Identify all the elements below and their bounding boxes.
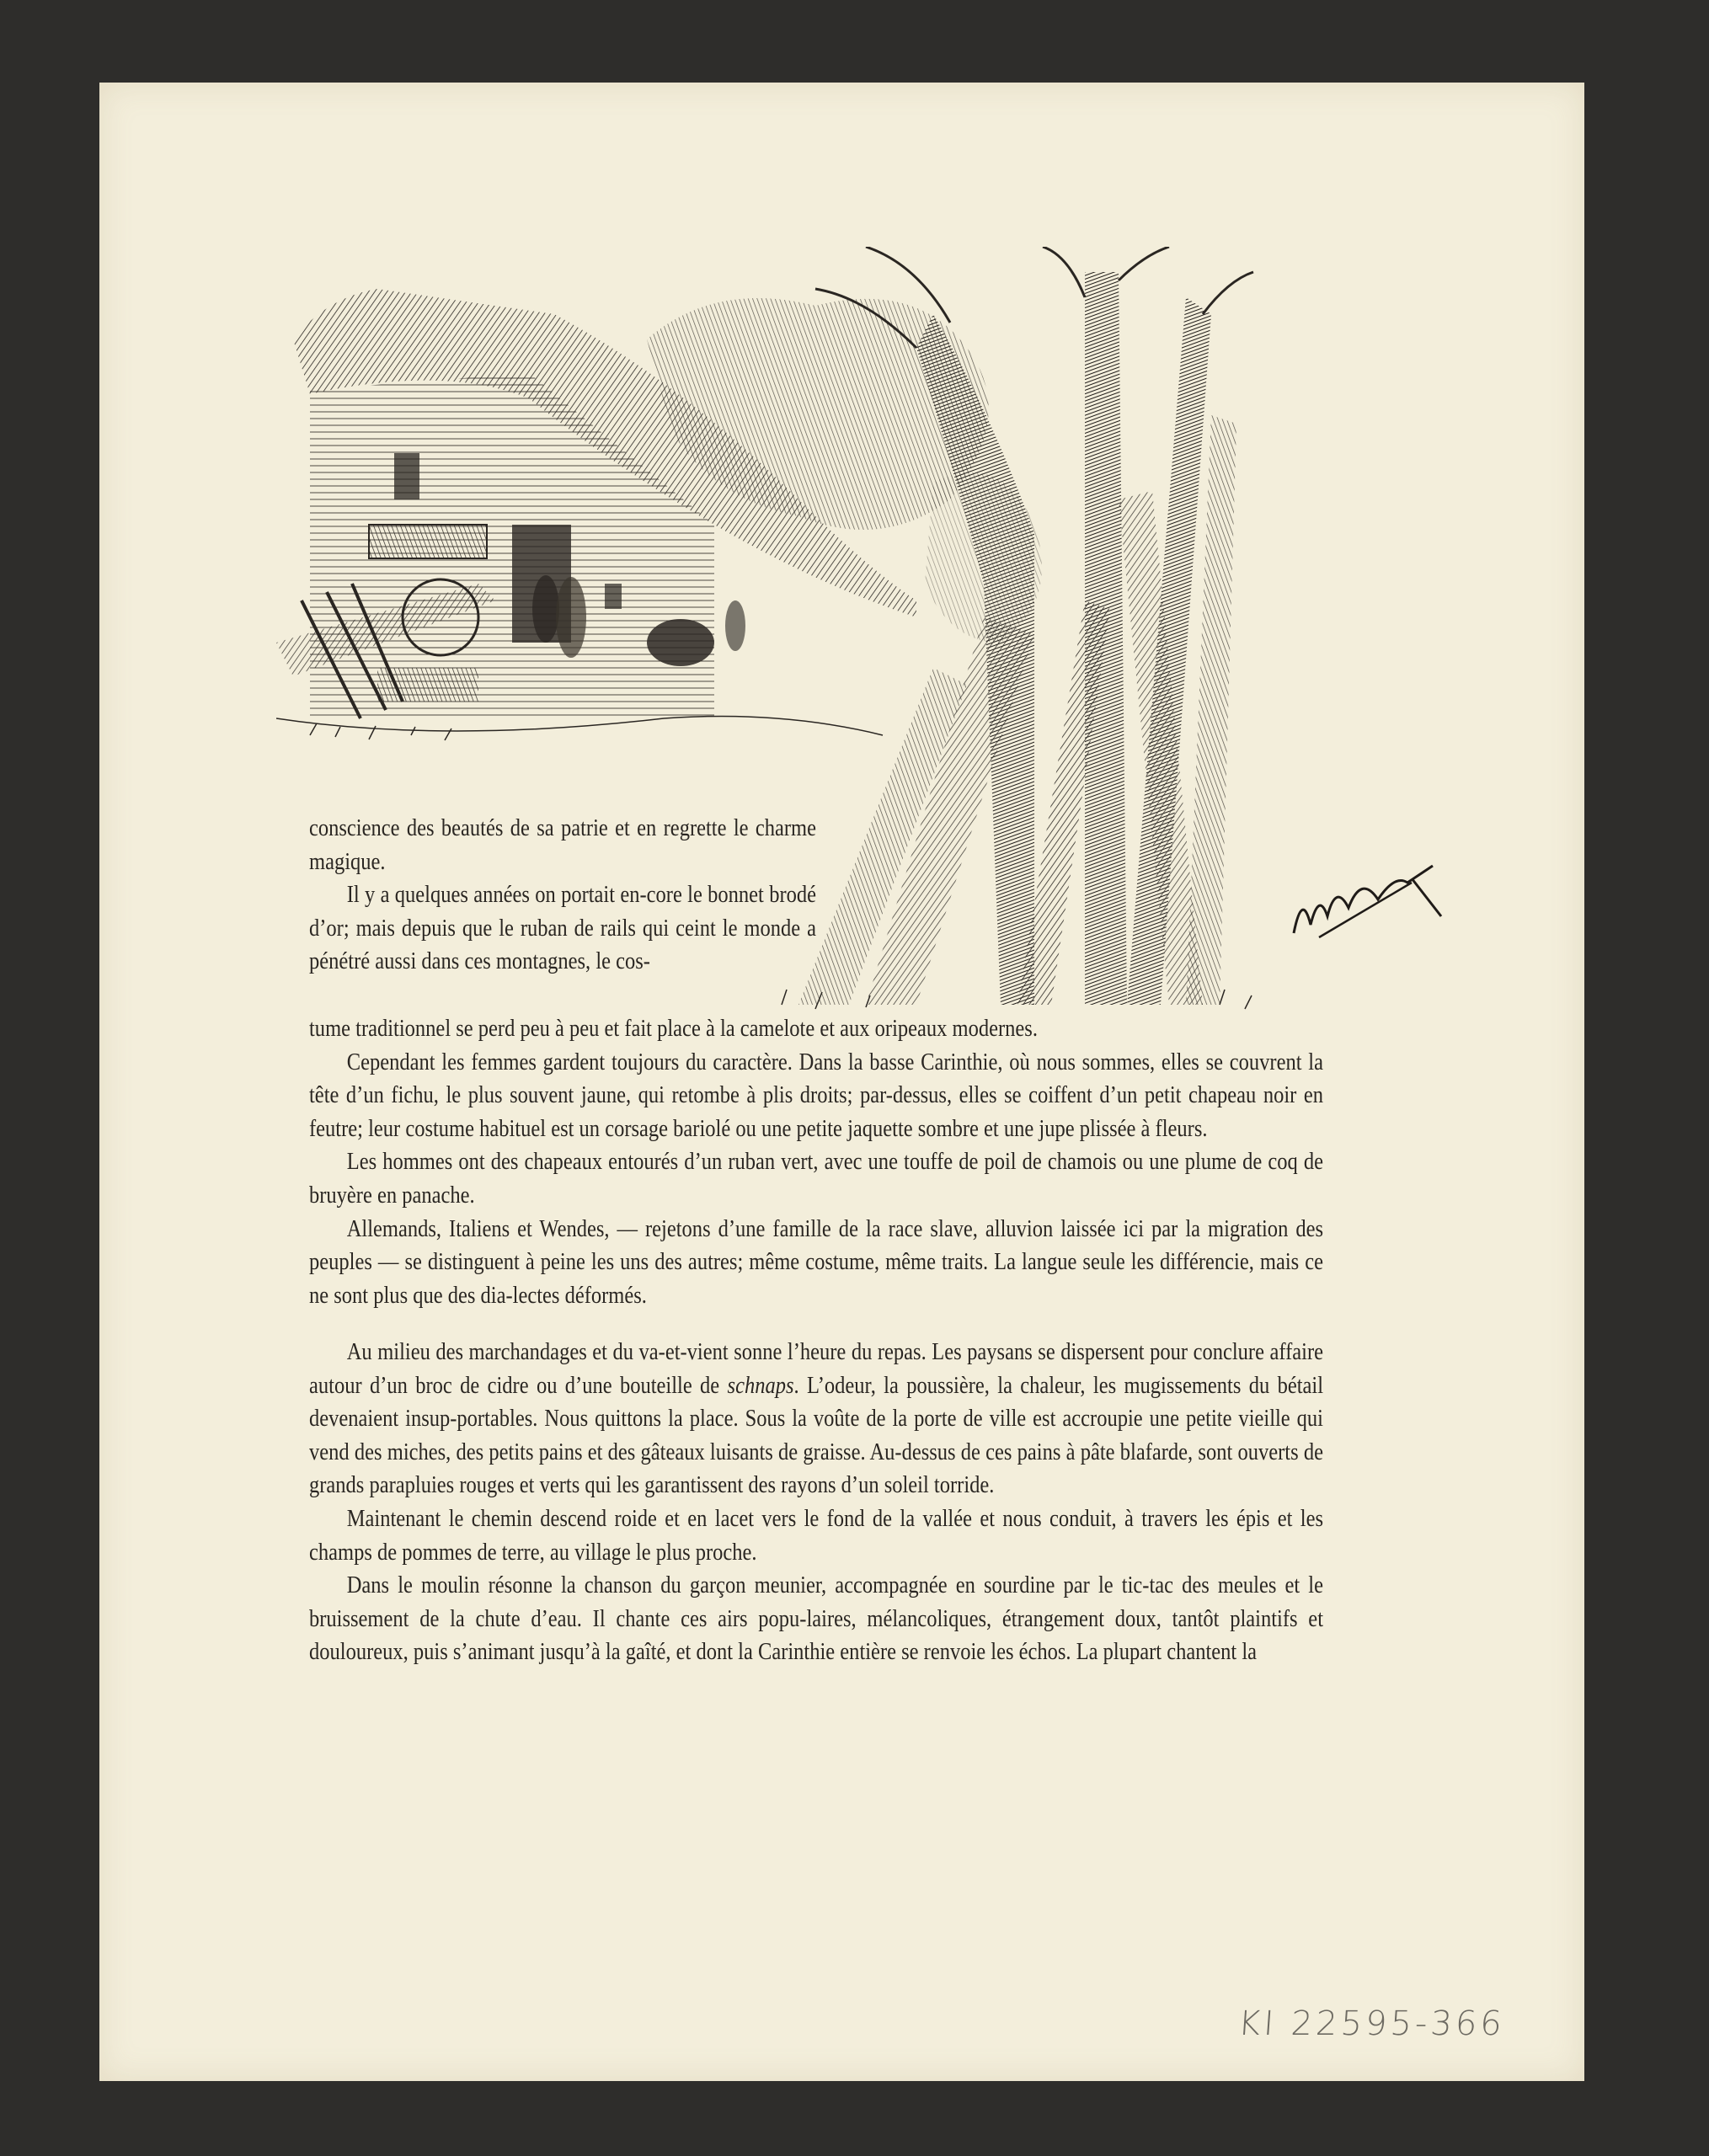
paragraph: Les hommes ont des chapeaux entourés d’u…	[309, 1145, 1323, 1212]
handwritten-catalog-number: KI 22595-366	[1236, 2004, 1506, 2043]
full-width-text: tume traditionnel se perd peu à peu et f…	[309, 1012, 1323, 1312]
paragraph: Dans le moulin résonne la chanson du gar…	[309, 1569, 1323, 1669]
paragraph: conscience des beautés de sa patrie et e…	[309, 812, 816, 878]
artist-signature	[1285, 857, 1445, 942]
section-two-text: Au milieu des marchandages et du va-et-v…	[309, 1336, 1323, 1669]
document-page: conscience des beautés de sa patrie et e…	[99, 83, 1584, 2081]
paragraph-carryover: tume traditionnel se perd peu à peu et f…	[309, 1012, 1323, 1046]
paragraph: Cependant les femmes gardent toujours du…	[309, 1046, 1323, 1146]
italic-word: schnaps	[728, 1373, 794, 1399]
paragraph: Au milieu des marchandages et du va-et-v…	[309, 1336, 1323, 1502]
narrow-text-column: conscience des beautés de sa patrie et e…	[309, 812, 816, 979]
paragraph: Il y a quelques années on portait en-cor…	[309, 878, 816, 979]
paragraph: Allemands, Italiens et Wendes, — rejeton…	[309, 1213, 1323, 1313]
paragraph: Maintenant le chemin descend roide et en…	[309, 1502, 1323, 1569]
